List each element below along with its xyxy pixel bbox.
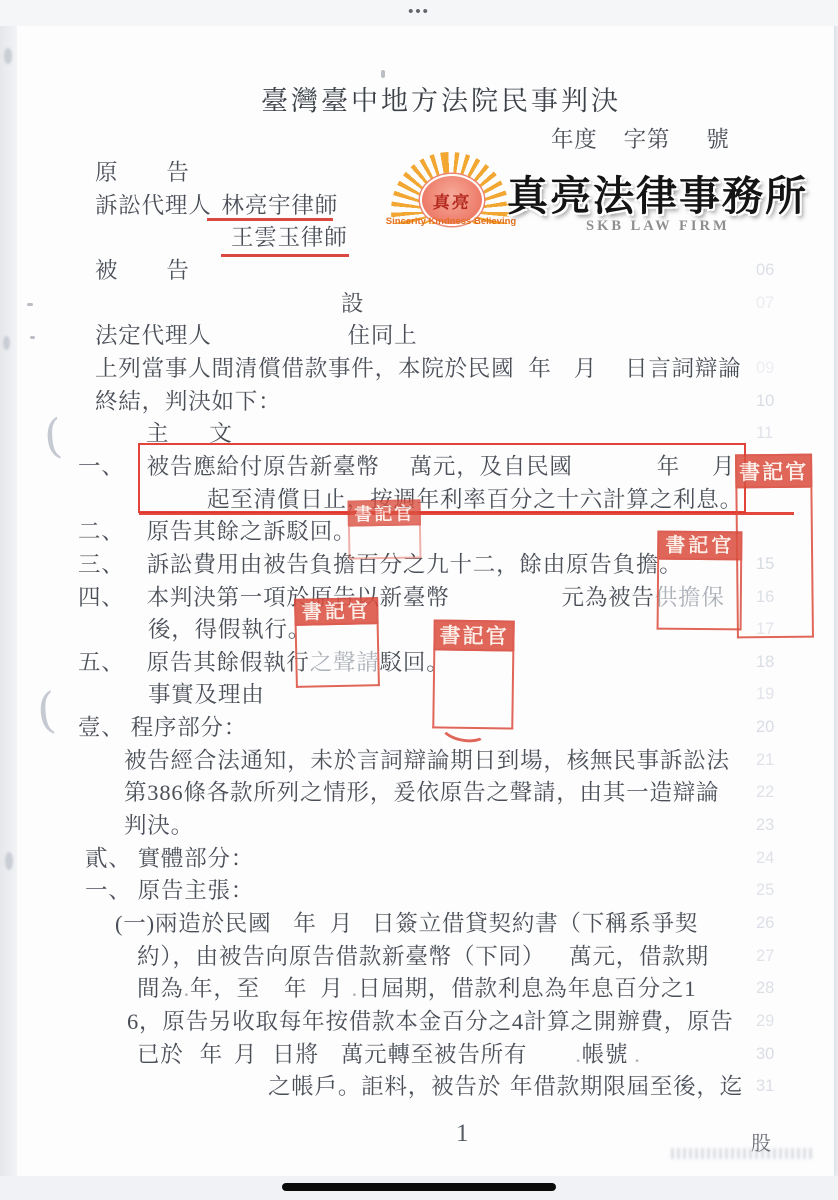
doc-text: 年借款期限屆至後，迄 xyxy=(510,1074,743,1099)
doc-text: 原告其餘假執行 xyxy=(147,650,310,675)
doc-text: 被告經合法通知，未於言詞辯論期日到場，核無民事訴訟法 xyxy=(124,748,730,773)
doc-text: 被 xyxy=(95,258,118,283)
doc-text: 林亮宇律師 xyxy=(222,193,339,218)
scan-speck xyxy=(381,70,385,78)
doc-text: 日將 xyxy=(272,1042,319,1067)
clerk-stamp-label: 書記官 xyxy=(294,597,379,626)
doc-text: . xyxy=(352,976,358,1001)
clerk-stamp: 書記官 xyxy=(735,454,814,639)
doc-line: (一)兩造於民國年月日簽立借貸契約書（下稱系爭契 xyxy=(115,910,698,938)
doc-text: 已於 xyxy=(137,1042,184,1067)
doc-line: 二、原告其餘之訴駁回。 xyxy=(78,518,356,546)
doc-line: 第386條各款所列之情形，爰依原告之聲請，由其一造辯論 xyxy=(124,779,719,807)
doc-text: 年 xyxy=(200,1042,223,1067)
doc-text: 住同上 xyxy=(348,323,418,348)
doc-text: 之帳戶。詎料，被告於 xyxy=(268,1074,501,1099)
line-number: 30 xyxy=(756,1045,790,1064)
line-number: 25 xyxy=(756,881,790,900)
doc-text: 事實及理由 xyxy=(148,682,265,707)
doc-text: 程序部分： xyxy=(131,715,248,740)
doc-text: 日屆期，借款利息為年息百分之1 xyxy=(358,976,696,1001)
doc-line: 事實及理由 xyxy=(148,681,265,709)
clerk-stamp-label: 書記官 xyxy=(657,531,742,561)
page-title: 臺灣臺中地方法院民事判決 xyxy=(261,79,621,118)
doc-text: 帳號 xyxy=(582,1042,629,1067)
line-number: 09 xyxy=(756,359,790,378)
doc-text: 原告主張： xyxy=(138,878,255,903)
doc-text: 判決。 xyxy=(124,813,194,838)
doc-text: (一) xyxy=(115,911,155,936)
doc-text: 壹、 xyxy=(78,715,125,740)
doc-text: 字第 xyxy=(624,127,671,152)
line-number: 22 xyxy=(756,783,790,802)
line-number: 27 xyxy=(756,947,790,966)
doc-text: 日言詞辯論 xyxy=(625,356,742,381)
clerk-stamp: 書記官 xyxy=(657,531,743,631)
red-underline-annotation xyxy=(221,254,349,257)
doc-text: 法定代理人 xyxy=(95,323,212,348)
doc-text: 月 xyxy=(574,356,597,381)
doc-text: 年度 xyxy=(551,127,598,152)
doc-line: 終結，判決如下： xyxy=(95,388,281,416)
line-number: 20 xyxy=(756,718,790,737)
doc-line: 判決。 xyxy=(124,812,194,840)
doc-text: 二、 xyxy=(78,519,125,544)
clerk-stamp: 書記官 xyxy=(432,619,515,729)
clerk-stamp: 書記官 xyxy=(347,499,421,559)
doc-text: 年 xyxy=(293,911,316,936)
doc-text: 月 xyxy=(234,1042,257,1067)
line-number: 19 xyxy=(756,685,790,704)
doc-text: 號 xyxy=(706,127,729,152)
doc-text: 告 xyxy=(166,258,189,283)
line-number: 24 xyxy=(756,849,790,868)
doc-line: 五、原告其餘假執行之聲請駁回。 xyxy=(78,649,450,677)
doc-line: 被告經合法通知，未於言詞辯論期日到場，核無民事訴訟法 xyxy=(124,747,730,775)
clerk-stamp-box xyxy=(657,560,743,631)
line-number: 11 xyxy=(756,424,790,443)
red-box-annotation xyxy=(138,443,746,513)
doc-text: 終結，判決如下： xyxy=(95,389,281,414)
doc-text: 兩造於民國 xyxy=(155,911,272,936)
doc-text: 王雲玉律師 xyxy=(231,225,348,250)
line-number: 21 xyxy=(756,751,790,770)
firm-name: 真亮法律事務所 xyxy=(507,163,827,222)
doc-line: 貳、實體部分： xyxy=(85,845,254,873)
doc-line: 間為.年，至年月.日屆期，借款利息為年息百分之1 xyxy=(137,975,696,1003)
firm-name-en: SKB LAW FIRM xyxy=(586,218,730,235)
doc-text: 四、 xyxy=(78,585,125,610)
clerk-stamp-label: 書記官 xyxy=(347,499,420,526)
doc-line: 一、原告主張： xyxy=(85,877,254,905)
seal-text: 真亮 xyxy=(432,188,472,213)
scan-left-edge xyxy=(0,0,17,1200)
page-number: 1 xyxy=(456,1120,469,1148)
doc-text: 後，得假執行。 xyxy=(148,617,311,642)
law-firm-logo: 真亮 Sincerity Kindness Believing xyxy=(388,150,514,250)
doc-text: 約），由被告向原告借款新臺幣（下同） xyxy=(137,944,545,969)
doc-line: 後，得假執行。 xyxy=(148,616,311,644)
clerk-stamp-box xyxy=(348,525,422,559)
red-underline-annotation xyxy=(207,218,333,221)
more-menu-icon[interactable]: ••• xyxy=(0,7,838,17)
doc-line: 設 xyxy=(341,290,364,318)
faint-print-artifact xyxy=(671,1148,813,1159)
doc-text: 一、 xyxy=(85,878,132,903)
line-number: 31 xyxy=(756,1077,790,1096)
doc-line: 被告 xyxy=(95,257,190,285)
doc-text: 6，原告另收取每年按借款本金百分之4計算之開辦費，原告 xyxy=(127,1009,734,1034)
line-number: 10 xyxy=(756,392,790,411)
doc-text: . xyxy=(575,1042,581,1067)
doc-line: 之帳戶。詎料，被告於年借款期限屆至後，迄 xyxy=(268,1073,743,1101)
doc-text: . xyxy=(184,976,190,1001)
doc-line: 年度字第號 xyxy=(551,126,730,154)
doc-line: 已於年月日將萬元轉至被告所有.帳號. xyxy=(137,1041,641,1069)
doc-line: 6，原告另收取每年按借款本金百分之4計算之開辦費，原告 xyxy=(127,1008,734,1036)
doc-line: 上列當事人間清償借款事件，本院於民國年月日言詞辯論 xyxy=(95,355,742,383)
scan-smudge xyxy=(4,48,12,64)
doc-text: 上列當事人間清償借款事件，本院於民國 xyxy=(95,356,514,381)
scan-smudge xyxy=(3,336,10,350)
doc-line: 訴訟代理人林亮宇律師 xyxy=(95,192,338,220)
home-indicator[interactable] xyxy=(282,1183,556,1191)
doc-text: 年 xyxy=(528,356,551,381)
doc-text: . xyxy=(634,1042,640,1067)
doc-text: 元為被告 xyxy=(562,585,655,610)
firm-slogan: Sincerity Kindness Believing xyxy=(382,216,520,227)
doc-text: 貳、 xyxy=(85,846,132,871)
red-underline-annotation xyxy=(139,512,794,515)
doc-text: 間為 xyxy=(137,976,184,1001)
doc-text: 年，至 xyxy=(190,976,260,1001)
doc-text: 萬元，借款期 xyxy=(569,944,709,969)
doc-line: 四、本判決第一項於原告以新臺幣元為被告供擔保 xyxy=(78,584,725,612)
doc-text: 訴訟代理人 xyxy=(95,193,212,218)
doc-text: 日簽立借貸契約書（下稱系爭契 xyxy=(372,911,698,936)
doc-text: 第386條各款所列之情形，爰依原告之聲請，由其一造辯論 xyxy=(124,780,719,805)
doc-text: 實體部分： xyxy=(138,846,255,871)
line-number: 23 xyxy=(756,816,790,835)
scan-speck xyxy=(30,336,35,339)
doc-text: 五、 xyxy=(78,650,125,675)
clerk-stamp-label: 書記官 xyxy=(735,454,812,489)
doc-text: 月 xyxy=(320,976,343,1001)
doc-text: 原 xyxy=(95,160,118,185)
doc-text: 萬元轉至被告所有 xyxy=(341,1042,527,1067)
doc-line: 壹、程序部分： xyxy=(78,714,247,742)
clerk-stamp-box xyxy=(295,624,380,688)
scan-speck xyxy=(27,303,33,306)
line-number: 06 xyxy=(756,261,790,280)
doc-text: 一、 xyxy=(78,454,125,479)
doc-line: 原告 xyxy=(95,159,190,187)
scan-smudge xyxy=(5,852,13,870)
doc-text: 月 xyxy=(330,911,353,936)
doc-text: 告 xyxy=(166,160,189,185)
line-number: 07 xyxy=(756,294,790,313)
division-label: 股 xyxy=(751,1127,772,1156)
doc-text: 年 xyxy=(284,976,307,1001)
line-number: 26 xyxy=(756,914,790,933)
doc-line: 王雲玉律師 xyxy=(231,224,348,252)
doc-text: 三、 xyxy=(78,552,125,577)
line-number: 18 xyxy=(756,653,790,672)
line-number: 29 xyxy=(756,1012,790,1031)
line-number: 28 xyxy=(756,979,790,998)
doc-text: 原告其餘之訴駁回。 xyxy=(147,519,357,544)
doc-text: 設 xyxy=(341,291,364,316)
doc-line: 約），由被告向原告借款新臺幣（下同）萬元，借款期 xyxy=(137,943,709,971)
clerk-stamp: 書記官 xyxy=(294,597,380,688)
clerk-stamp-box xyxy=(735,488,814,639)
doc-line: 法定代理人住同上 xyxy=(95,322,417,350)
clerk-stamp-label: 書記官 xyxy=(433,619,514,651)
